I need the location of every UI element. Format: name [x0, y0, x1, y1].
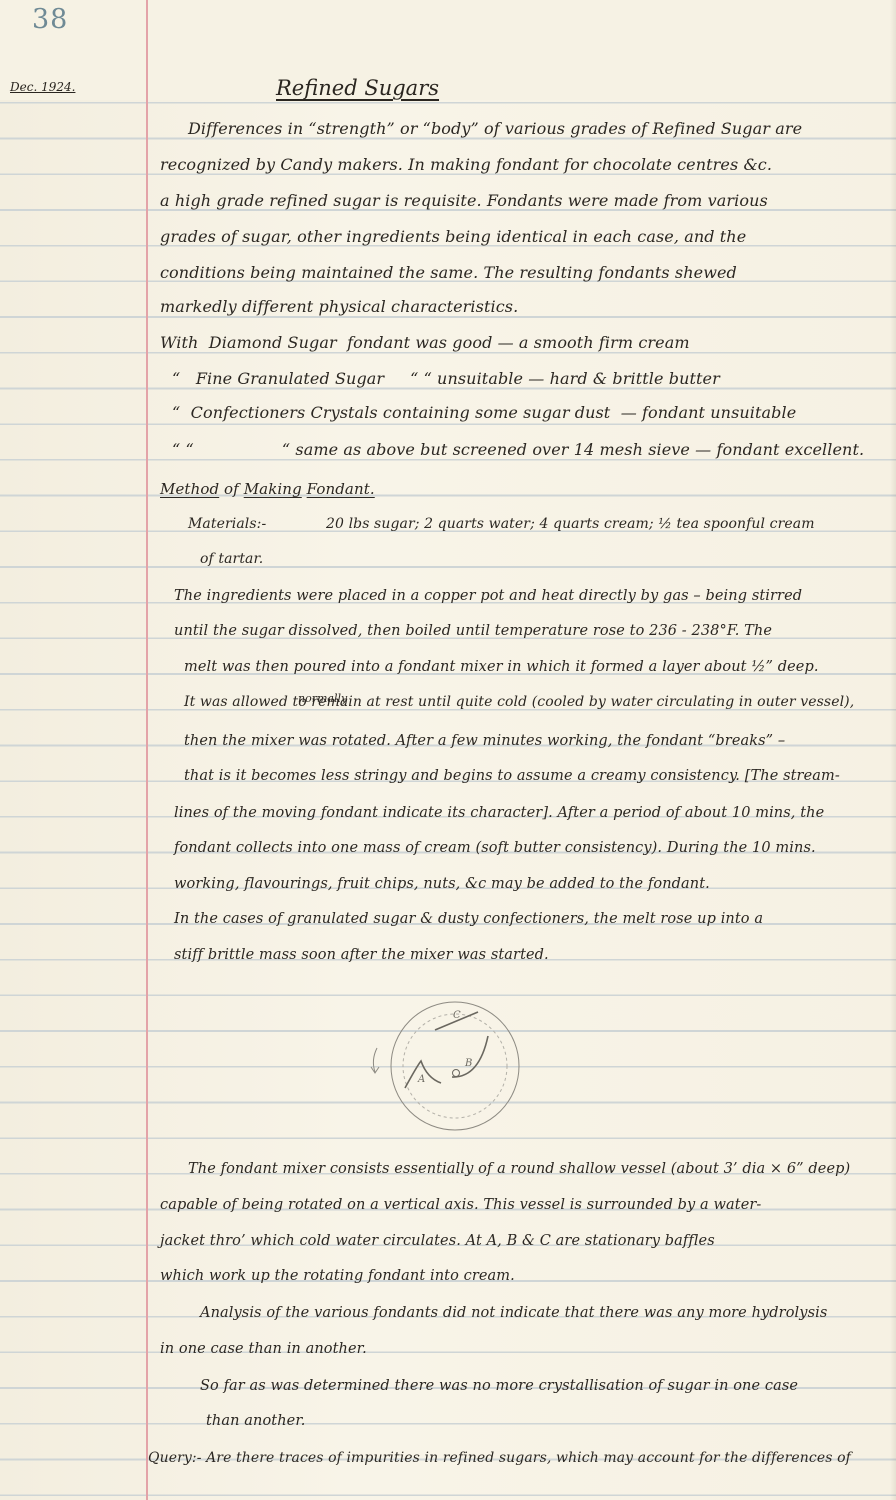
method-line: that is it becomes less stringy and begi… [184, 768, 840, 784]
crystallisation-line: So far as was determined there was no mo… [200, 1378, 798, 1394]
mixer-line: capable of being rotated on a vertical a… [160, 1197, 761, 1213]
query-text: Are there traces of impurities in refine… [206, 1450, 851, 1466]
result-prefix: With [160, 333, 198, 352]
crystallisation-line: than another. [206, 1413, 305, 1429]
result-row: “ Fine Granulated Sugar “ “ unsuitable —… [172, 369, 720, 388]
method-line: then the mixer was rotated. After a few … [184, 733, 785, 749]
intro-line: a high grade refined sugar is requisite.… [160, 191, 768, 210]
result-outcome: “ “ unsuitable — hard & brittle butter [410, 369, 720, 388]
page-number: 38 [32, 4, 68, 35]
result-outcome: “ same as above but screened over 14 mes… [282, 440, 864, 459]
method-line: It was allowed to remain at rest until q… [184, 694, 854, 710]
fondant-mixer-diagram: C A B [355, 996, 525, 1136]
mixer-line: which work up the rotating fondant into … [160, 1268, 515, 1284]
result-prefix: “ “ [172, 440, 194, 459]
method-line: stiff brittle mass soon after the mixer … [174, 947, 549, 963]
result-row: “ “ “ same as above but screened over 14… [172, 440, 864, 459]
intro-line: conditions being maintained the same. Th… [160, 263, 737, 282]
result-row: “ Confectioners Crystals containing some… [172, 403, 796, 422]
result-sugar: Fine Granulated Sugar [196, 369, 384, 388]
result-sugar: Diamond Sugar [209, 333, 337, 352]
baffle-label-b: B [464, 1058, 472, 1069]
result-prefix: “ [172, 369, 180, 388]
intro-line: recognized by Candy makers. In making fo… [160, 155, 772, 174]
page-edge-shadow [890, 0, 896, 1500]
result-outcome: — fondant unsuitable [621, 403, 797, 422]
analysis-line: in one case than in another. [160, 1341, 367, 1357]
method-heading: Method of Making Fondant. [160, 480, 375, 498]
margin-rule [146, 0, 148, 1500]
method-line: In the cases of granulated sugar & dusty… [174, 911, 763, 927]
mixer-line: jacket thro’ which cold water circulates… [160, 1233, 715, 1249]
entry-date: Dec. 1924. [10, 80, 75, 94]
baffle-label-c: C [453, 1010, 461, 1021]
rotation-arrow-icon [373, 1048, 377, 1072]
result-outcome: fondant was good — a smooth firm cream [347, 333, 690, 352]
materials-label: Materials:- [188, 516, 266, 532]
mixer-line: The fondant mixer consists essentially o… [188, 1161, 850, 1177]
page-title: Refined Sugars [276, 76, 439, 100]
baffle-b [452, 1036, 488, 1077]
result-row: With Diamond Sugar fondant was good — a … [160, 333, 690, 352]
materials-list: 20 lbs sugar; 2 quarts water; 4 quarts c… [326, 516, 815, 532]
method-line: fondant collects into one mass of cream … [174, 840, 816, 856]
method-line: The ingredients were placed in a copper … [174, 588, 802, 604]
materials-list-cont: of tartar. [200, 551, 263, 567]
method-line: melt was then poured into a fondant mixe… [184, 659, 819, 675]
mixer-sketch: C A B [355, 996, 525, 1136]
intro-line: markedly different physical characterist… [160, 297, 518, 316]
insertion-note: normally [298, 692, 347, 705]
baffle-label-a: A [417, 1074, 425, 1085]
result-prefix: “ [172, 403, 180, 422]
result-sugar: Confectioners Crystals containing some s… [191, 403, 611, 422]
method-line: until the sugar dissolved, then boiled u… [174, 623, 772, 639]
analysis-line: Analysis of the various fondants did not… [200, 1305, 827, 1321]
method-line: lines of the moving fondant indicate its… [174, 805, 824, 821]
intro-line: Differences in “strength” or “body” of v… [188, 119, 802, 138]
query-line: Query:- Are there traces of impurities i… [148, 1450, 851, 1466]
query-label: Query:- [148, 1450, 202, 1466]
method-line: working, flavourings, fruit chips, nuts,… [174, 876, 710, 892]
intro-line: grades of sugar, other ingredients being… [160, 227, 746, 246]
